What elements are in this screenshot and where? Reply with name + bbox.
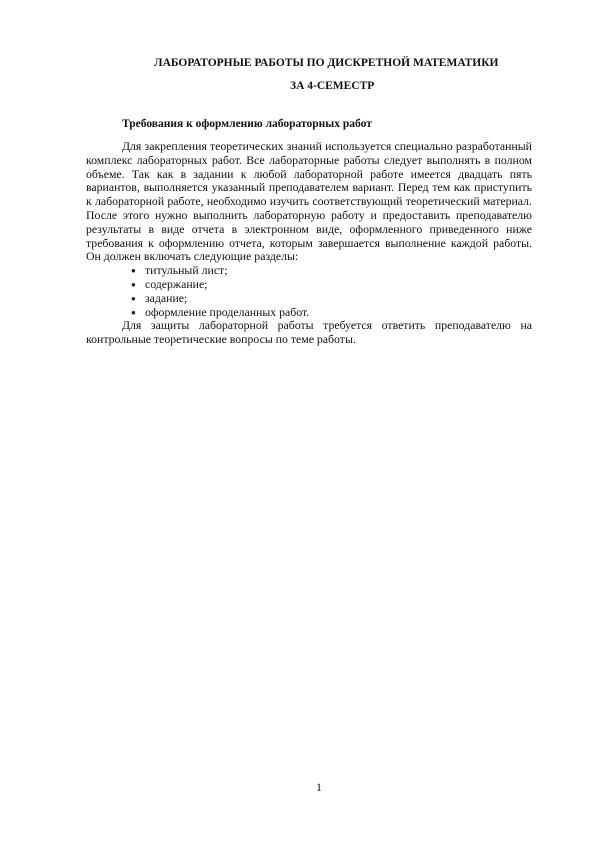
list-item: титульный лист; [131, 264, 532, 278]
list-item: содержание; [131, 278, 532, 292]
paragraph-defense: Для защиты лабораторной работы требуется… [86, 319, 532, 347]
list-item: оформление проделанных работ. [131, 306, 532, 320]
sections-list: титульный лист; содержание; задание; офо… [86, 264, 532, 319]
paragraph-intro: Для закрепления теоретических знаний исп… [86, 140, 532, 264]
page-number: 1 [316, 780, 322, 795]
document-title-line2: ЗА 4-СЕМЕСТР [290, 80, 374, 92]
document-body: Для закрепления теоретических знаний исп… [86, 140, 532, 347]
list-item: задание; [131, 292, 532, 306]
document-title-line1: ЛАБОРАТОРНЫЕ РАБОТЫ ПО ДИСКРЕТНОЙ МАТЕМА… [154, 57, 499, 69]
section-heading: Требования к оформлению лабораторных раб… [122, 118, 372, 130]
